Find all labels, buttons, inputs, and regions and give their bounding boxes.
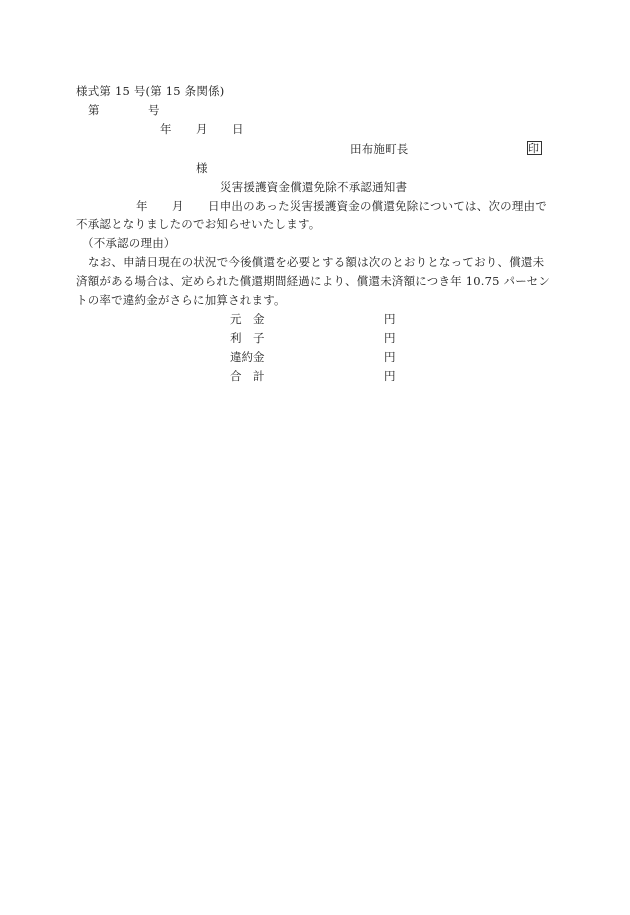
paragraph-line3: トの率で違約金がさらに加算されます。 bbox=[76, 293, 286, 307]
amount-unit: 円 bbox=[384, 331, 396, 345]
reason-heading: （不承認の理由） bbox=[82, 236, 176, 250]
amount-label: 元 金 bbox=[230, 312, 380, 326]
document-title: 災害援護資金償還免除不承認通知書 bbox=[220, 180, 407, 194]
body-date-month: 月 bbox=[172, 199, 184, 213]
amount-unit: 円 bbox=[384, 350, 396, 364]
document-page: 様式第 15 号(第 15 条関係) 第 号 年 月 日 田布施町長 印 様 災… bbox=[0, 0, 630, 915]
body-line2: 不承認となりましたのでお知らせいたします。 bbox=[76, 217, 320, 231]
issuer-name: 田布施町長 bbox=[350, 142, 409, 156]
amount-label: 合 計 bbox=[230, 369, 380, 383]
form-header: 様式第 15 号(第 15 条関係) bbox=[76, 84, 224, 98]
amount-row-interest: 利 子 円 bbox=[230, 331, 380, 345]
paragraph-line2: 済額がある場合は、定められた償還期間経過により、償還未済額につき年 10.75 … bbox=[76, 274, 550, 288]
amount-row-penalty: 違約金 円 bbox=[230, 350, 380, 364]
seal-stamp: 印 bbox=[527, 141, 542, 155]
amount-label: 利 子 bbox=[230, 331, 380, 345]
paragraph-line1: なお、申請日現在の状況で今後償還を必要とする額は次のとおりとなっており、償還未 bbox=[88, 255, 544, 269]
amount-unit: 円 bbox=[384, 312, 396, 326]
body-line1: 日申出のあった災害援護資金の償還免除については、次の理由で bbox=[208, 199, 547, 213]
document-number-prefix: 第 bbox=[88, 103, 100, 117]
date-month: 月 bbox=[196, 122, 208, 136]
amount-label: 違約金 bbox=[230, 350, 380, 364]
amount-row-principal: 元 金 円 bbox=[230, 312, 380, 326]
amount-unit: 円 bbox=[384, 369, 396, 383]
addressee-suffix: 様 bbox=[196, 161, 208, 175]
date-year: 年 bbox=[160, 122, 172, 136]
amount-row-total: 合 計 円 bbox=[230, 369, 380, 383]
date-day: 日 bbox=[232, 122, 244, 136]
body-date-year: 年 bbox=[136, 199, 148, 213]
document-number-suffix: 号 bbox=[148, 103, 160, 117]
